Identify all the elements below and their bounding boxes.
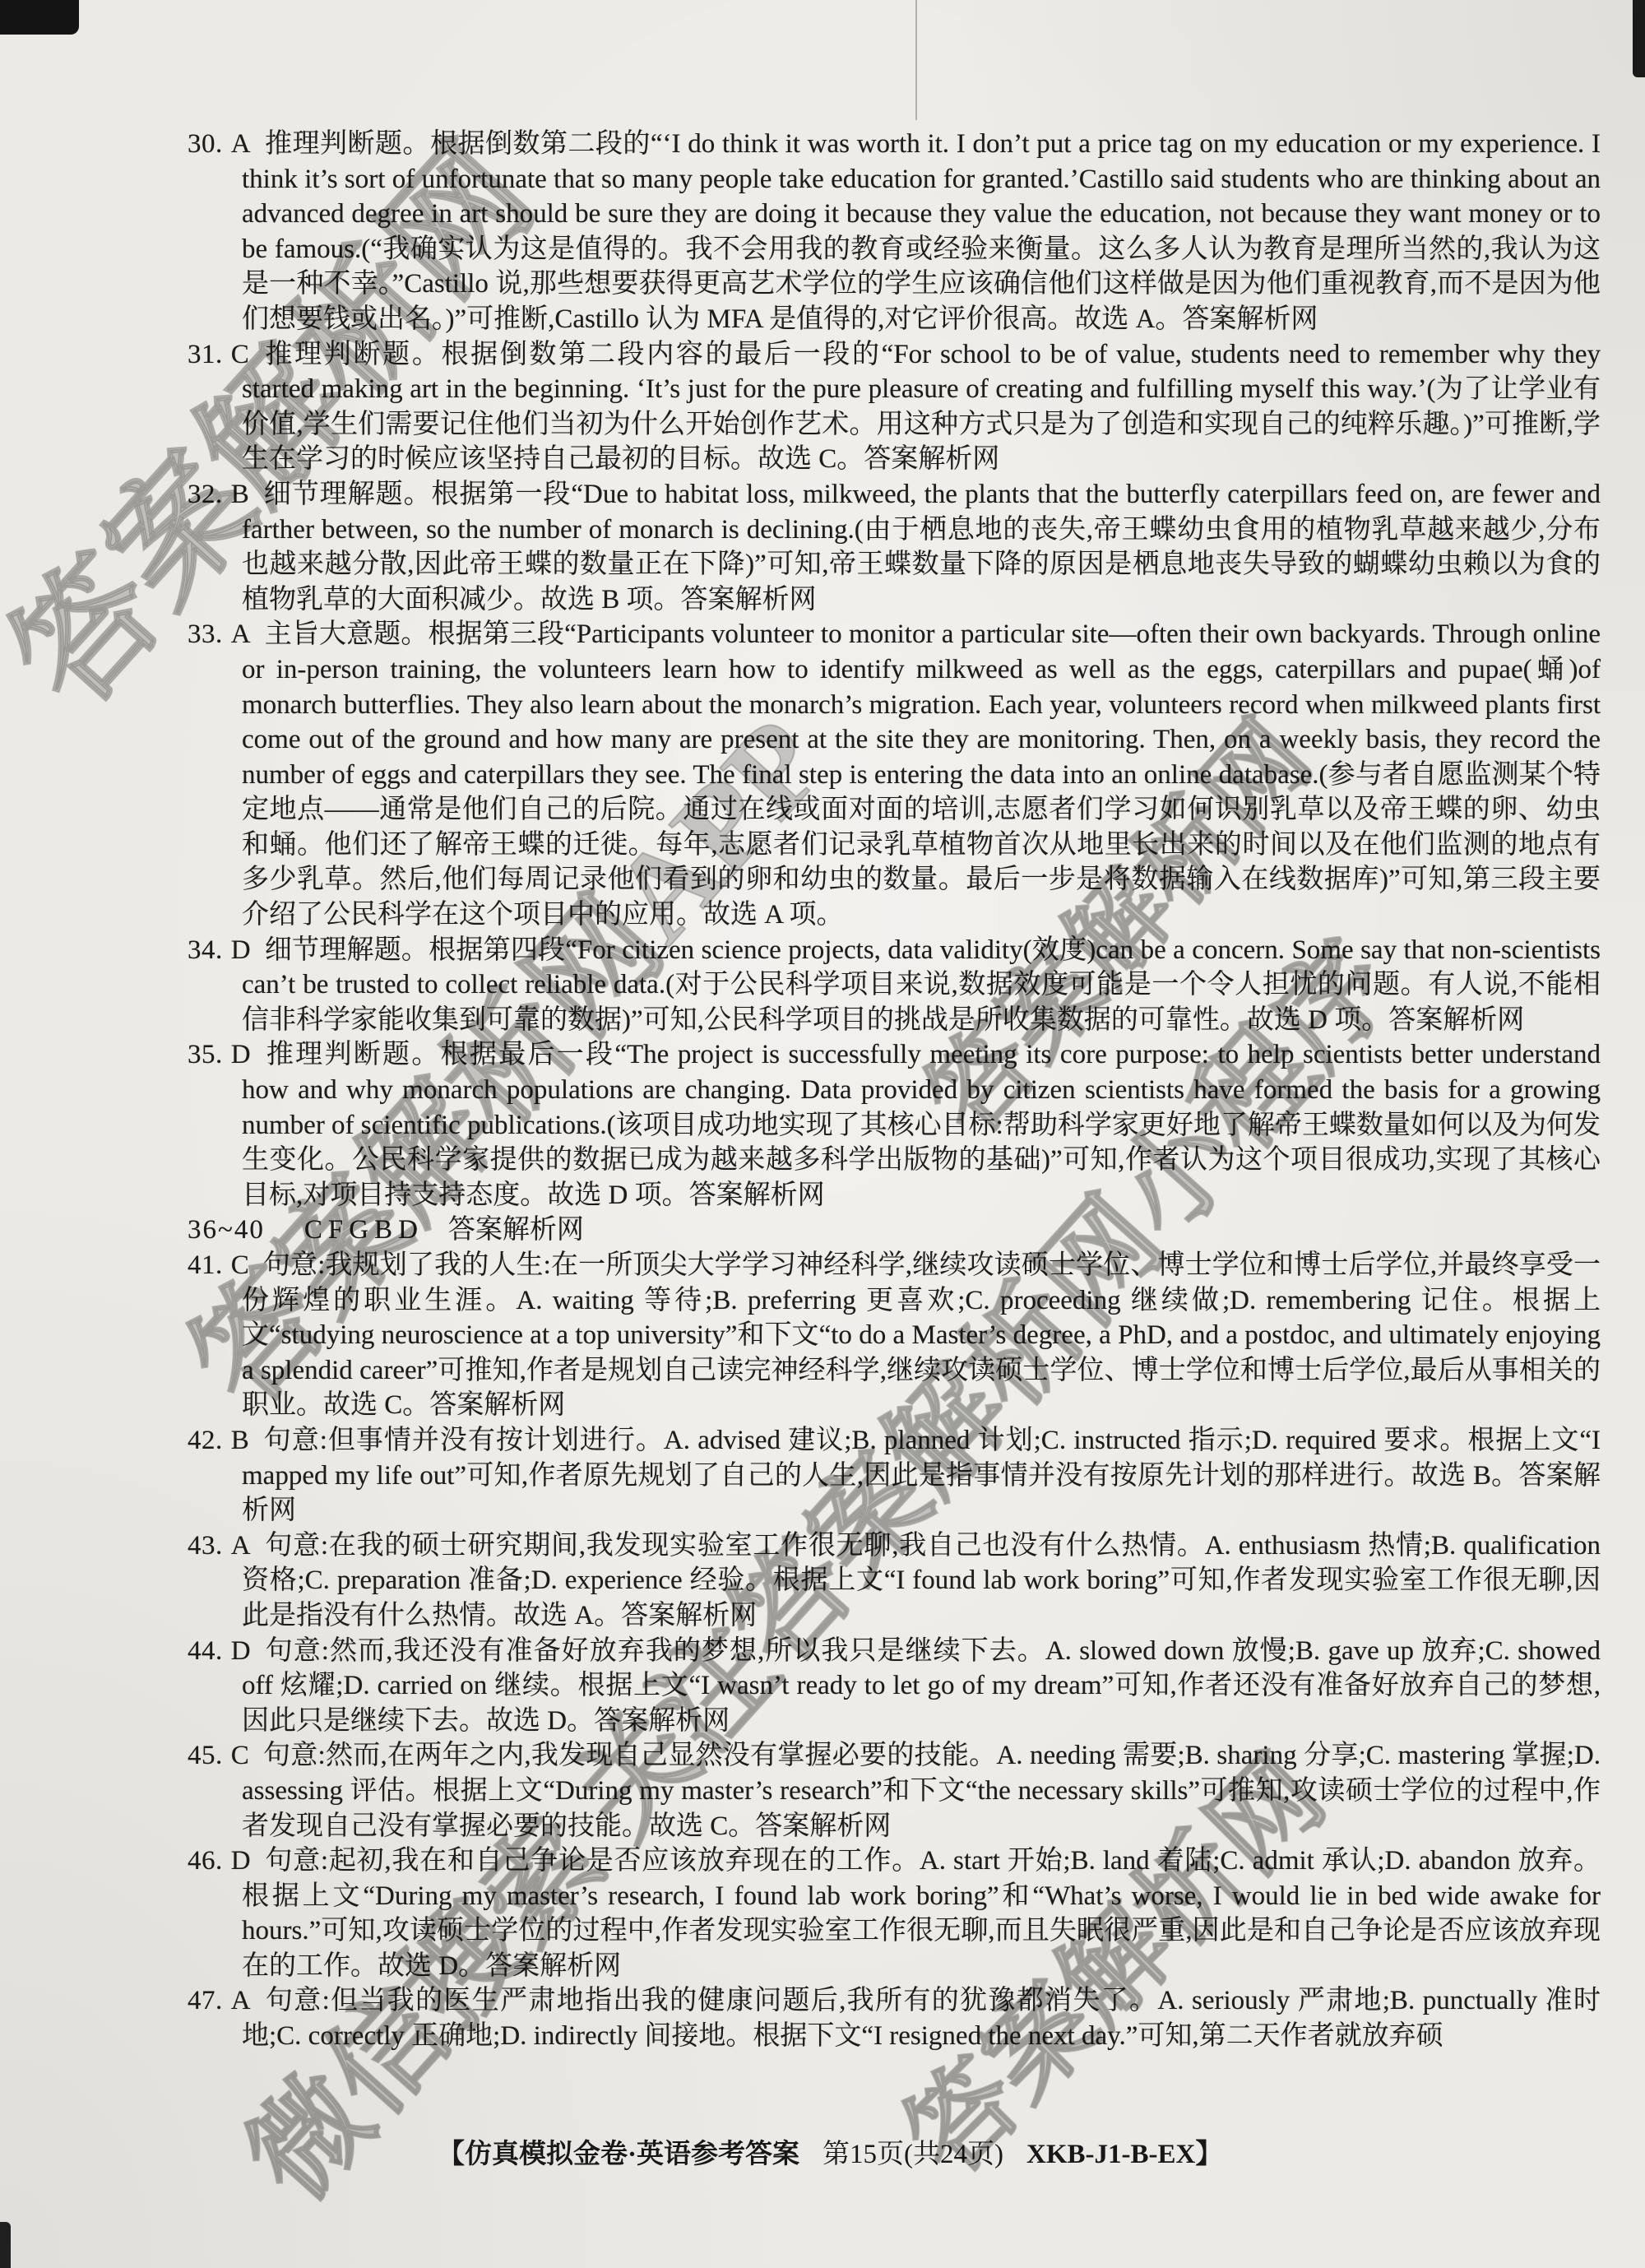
answer-item-30: 30.A推理判断题。根据倒数第二段的“‘I do think it was wo…	[188, 127, 1601, 337]
answer-letter: D	[231, 1636, 251, 1666]
item-number: 42.	[188, 1426, 223, 1455]
answer-letter: D	[231, 1040, 251, 1069]
item-explanation: 句意:然而,我还没有准备好放弃我的梦想,所以我只是继续下去。A. slowed …	[242, 1636, 1601, 1736]
item-number: 44.	[188, 1636, 223, 1666]
answer-letter: C	[231, 1741, 249, 1770]
scan-crease-line	[915, 0, 917, 120]
answer-letter: D	[231, 1846, 251, 1876]
answer-item-35: 35.D推理判断题。根据最后一段“The project is successf…	[188, 1037, 1601, 1213]
answer-item-42: 42.B句意:但事情并没有按计划进行。A. advised 建议;B. plan…	[188, 1423, 1601, 1528]
answer-letter: A	[231, 1531, 251, 1561]
item-explanation: 细节理解题。根据第四段“For citizen science projects…	[242, 935, 1601, 1035]
item-number: 46.	[188, 1846, 223, 1876]
item-explanation: 句意:我规划了我的人生:在一所顶尖大学学习神经科学,继续攻读硕士学位、博士学位和…	[242, 1250, 1601, 1420]
footer-title: 【仿真模拟金卷·英语参考答案	[438, 2140, 799, 2169]
answer-item-33: 33.A主旨大意题。根据第三段“Participants volunteer t…	[188, 617, 1601, 932]
item-number: 41.	[188, 1250, 223, 1280]
item-explanation: 句意:但当我的医生严肃地指出我的健康问题后,我所有的犹豫都消失了。A. seri…	[242, 1986, 1601, 2051]
answer-letter: D	[231, 935, 251, 965]
scan-corner-mark-top-left	[0, 0, 79, 35]
item-number: 32.	[188, 480, 223, 509]
answer-item-45: 45.C句意:然而,在两年之内,我发现自己显然没有掌握必要的技能。A. need…	[188, 1738, 1601, 1844]
answer-item-31: 31.C推理判断题。根据倒数第二段内容的最后一段的“For school to …	[188, 337, 1601, 477]
item-explanation: 推理判断题。根据最后一段“The project is successfully…	[242, 1040, 1601, 1209]
item-number: 45.	[188, 1741, 223, 1770]
item-explanation: 句意:然而,在两年之内,我发现自己显然没有掌握必要的技能。A. needing …	[242, 1741, 1601, 1840]
item-number: 31.	[188, 340, 223, 369]
item-number: 34.	[188, 935, 223, 965]
item-number: 30.	[188, 129, 223, 159]
answer-item-47: 47.A句意:但当我的医生严肃地指出我的健康问题后,我所有的犹豫都消失了。A. …	[188, 1983, 1601, 2053]
answer-item-43: 43.A句意:在我的硕士研究期间,我发现实验室工作很无聊,我自己也没有什么热情。…	[188, 1528, 1601, 1634]
answer-letter: C	[231, 340, 249, 369]
answer-letter: A	[231, 619, 251, 649]
scan-corner-mark-top-right	[1633, 0, 1645, 77]
item-explanation: 主旨大意题。根据第三段“Participants volunteer to mo…	[242, 619, 1601, 930]
answer-letter: A	[231, 1986, 251, 2015]
item-number: 35.	[188, 1040, 223, 1069]
answer-item-44: 44.D句意:然而,我还没有准备好放弃我的梦想,所以我只是继续下去。A. slo…	[188, 1634, 1601, 1739]
item-number: 33.	[188, 619, 223, 649]
item-number: 43.	[188, 1531, 223, 1561]
scanned-answer-key-page: { "items": [ {"num":"30.","ans":"A","bod…	[0, 0, 1645, 2268]
answer-letter: B	[231, 1426, 249, 1455]
answer-letter: A	[231, 129, 251, 159]
answer-item-36-40: 36~40CFGBD答案解析网	[188, 1213, 1601, 1248]
footer-paper-code: XKB-J1-B-EX】	[1026, 2140, 1222, 2169]
item-explanation: 推理判断题。根据倒数第二段的“‘I do think it was worth …	[242, 129, 1601, 334]
item-number: 36~40	[188, 1215, 265, 1245]
answer-key-content: 30.A推理判断题。根据倒数第二段的“‘I do think it was wo…	[188, 127, 1601, 2054]
item-explanation: 推理判断题。根据倒数第二段内容的最后一段的“For school to be o…	[242, 340, 1601, 475]
page-footer: 【仿真模拟金卷·英语参考答案第15页(共24页)XKB-J1-B-EX】	[438, 2132, 1222, 2171]
answer-item-46: 46.D句意:起初,我在和自己争论是否应该放弃现在的工作。A. start 开始…	[188, 1844, 1601, 1983]
item-number: 47.	[188, 1986, 223, 2015]
item-explanation: 句意:但事情并没有按计划进行。A. advised 建议;B. planned …	[242, 1426, 1601, 1525]
answer-letter: C	[231, 1250, 249, 1280]
item-explanation: 答案解析网	[448, 1215, 584, 1245]
scan-corner-mark-bottom-left	[0, 2222, 11, 2268]
item-explanation: 细节理解题。根据第一段“Due to habitat loss, milkwee…	[242, 480, 1601, 615]
answer-letters: CFGBD	[304, 1215, 424, 1245]
footer-page-number: 第15页(共24页)	[822, 2140, 1003, 2169]
answer-item-34: 34.D细节理解题。根据第四段“For citizen science proj…	[188, 933, 1601, 1038]
item-explanation: 句意:在我的硕士研究期间,我发现实验室工作很无聊,我自己也没有什么热情。A. e…	[242, 1531, 1601, 1630]
answer-letter: B	[231, 480, 249, 509]
item-explanation: 句意:起初,我在和自己争论是否应该放弃现在的工作。A. start 开始;B. …	[242, 1846, 1601, 1981]
answer-item-32: 32.B细节理解题。根据第一段“Due to habitat loss, mil…	[188, 477, 1601, 617]
answer-item-41: 41.C句意:我规划了我的人生:在一所顶尖大学学习神经科学,继续攻读硕士学位、博…	[188, 1248, 1601, 1423]
